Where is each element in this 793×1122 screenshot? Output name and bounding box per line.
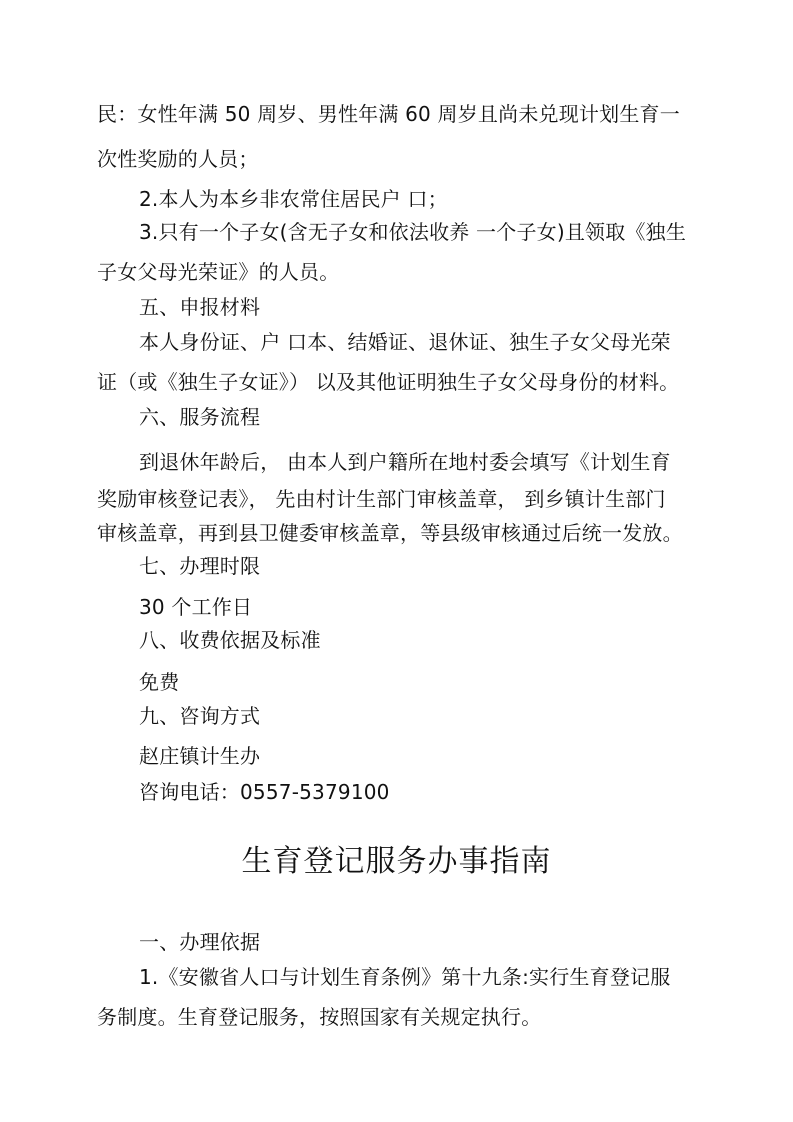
section-heading-time-limit: 七、办理时限 bbox=[139, 553, 739, 579]
text-line: 民：女性年满 50 周岁、男性年满 60 周岁且尚未兑现计划生育一 bbox=[97, 101, 697, 127]
text-line: 免费 bbox=[139, 669, 739, 695]
contact-phone: 咨询电话：0557-5379100 bbox=[139, 779, 739, 805]
section-heading-fees: 八、收费依据及标准 bbox=[139, 627, 739, 653]
section-heading-basis: 一、办理依据 bbox=[139, 929, 739, 955]
text-line: 30 个工作日 bbox=[139, 594, 739, 620]
document-page: 民：女性年满 50 周岁、男性年满 60 周岁且尚未兑现计划生育一 次性奖励的人… bbox=[0, 0, 793, 1122]
section-heading-materials: 五、申报材料 bbox=[139, 294, 739, 320]
text-line: 子女父母光荣证》的人员。 bbox=[97, 259, 697, 285]
text-line: 奖励审核登记表》， 先由村计生部门审核盖章， 到乡镇计生部门 bbox=[97, 486, 697, 512]
text-line: 赵庄镇计生办 bbox=[139, 743, 739, 769]
text-line: 审核盖章，再到县卫健委审核盖章，等县级审核通过后统一发放。 bbox=[97, 520, 697, 546]
section-heading-contact: 九、咨询方式 bbox=[139, 703, 739, 729]
text-line: 次性奖励的人员； bbox=[97, 146, 697, 172]
text-line: 到退休年龄后， 由本人到户籍所在地村委会填写《计划生育 bbox=[139, 449, 739, 475]
text-line: 务制度。生育登记服务，按照国家有关规定执行。 bbox=[97, 1004, 697, 1030]
text-line: 3.只有一个子女(含无子女和依法收养 一个子女)且领取《独生 bbox=[139, 219, 739, 245]
text-line: 本人身份证、户 口本、结婚证、退休证、独生子女父母光荣 bbox=[139, 329, 739, 355]
section-title: 生育登记服务办事指南 bbox=[0, 842, 793, 882]
text-line: 1.《安徽省人口与计划生育条例》第十九条:实行生育登记服 bbox=[139, 964, 739, 990]
text-line: 证（或《独生子女证》） 以及其他证明独生子女父母身份的材料。 bbox=[97, 369, 697, 395]
text-line: 2.本人为本乡非农常住居民户 口； bbox=[139, 186, 739, 212]
section-heading-process: 六、服务流程 bbox=[139, 404, 739, 430]
